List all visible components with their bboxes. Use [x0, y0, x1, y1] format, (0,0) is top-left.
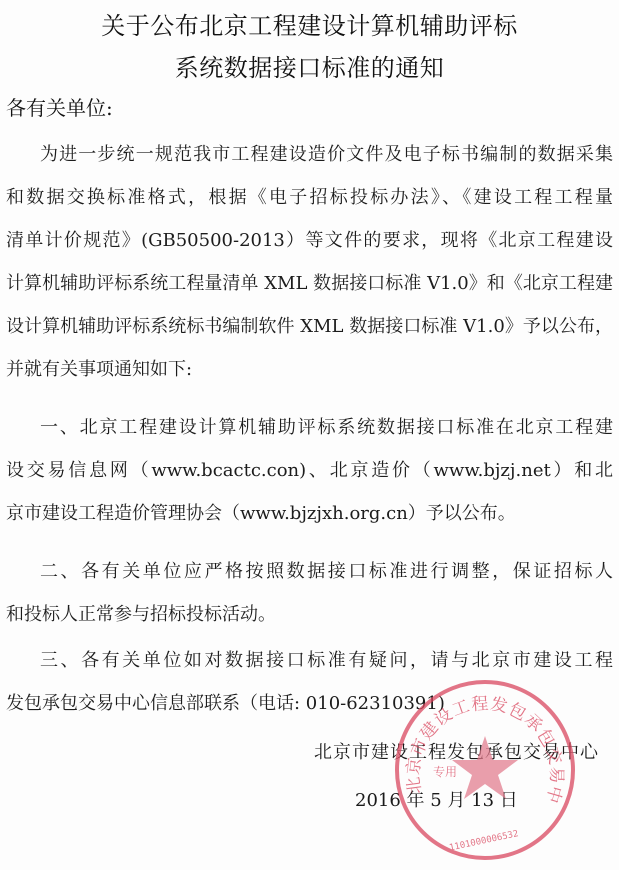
item-one-line: 一、北京工程建设计算机辅助评标系统数据接口标准在北京工程建: [40, 417, 613, 439]
seal-serial: 1101000006532: [448, 829, 519, 853]
document-page: 关于公布北京工程建设计算机辅助评标 系统数据接口标准的通知 各有关单位: 为进一…: [0, 0, 619, 870]
salutation: 各有关单位:: [6, 92, 113, 121]
item-two-line: 和投标人正常参与招标投标活动。: [6, 604, 613, 626]
body-line: 清单计价规范》(GB50500-2013）等文件的要求，现将《北京工程建设: [6, 230, 613, 252]
document-title-line-2: 系统数据接口标准的通知: [0, 48, 619, 83]
item-one-line: 京市建设工程造价管理协会（www.bjzjxh.org.cn）予以公布。: [6, 503, 613, 525]
body-line: 并就有关事项通知如下:: [6, 359, 613, 381]
item-three-line: 发包承包交易中心信息部联系（电话: 010-62310391): [6, 693, 613, 715]
body-line: 计算机辅助评标系统工程量清单 XML 数据接口标准 V1.0》和《北京工程建: [6, 273, 613, 295]
body-line: 为进一步统一规范我市工程建设造价文件及电子标书编制的数据采集: [40, 144, 613, 166]
seal-inner-text: 专用: [433, 764, 457, 779]
item-three-line: 三、各有关单位如对数据接口标准有疑问，请与北京市建设工程: [40, 650, 613, 672]
document-title-line-1: 关于公布北京工程建设计算机辅助评标: [0, 6, 619, 41]
item-one-line: 设交易信息网（www.bcactc.con)、北京造价（www.bjzj.net…: [6, 460, 613, 482]
issuer-signature: 北京市建设工程发包承包交易中心: [314, 738, 599, 764]
item-two-line: 二、各有关单位应严格按照数据接口标准进行调整，保证招标人: [40, 561, 613, 583]
issue-date: 2016 年 5 月 13 日: [355, 786, 518, 812]
body-line: 设计算机辅助评标系统标书编制软件 XML 数据接口标准 V1.0》予以公布，: [6, 316, 613, 338]
body-line: 和数据交换标准格式，根据《电子招标投标办法》、《建设工程工程量: [6, 187, 613, 209]
